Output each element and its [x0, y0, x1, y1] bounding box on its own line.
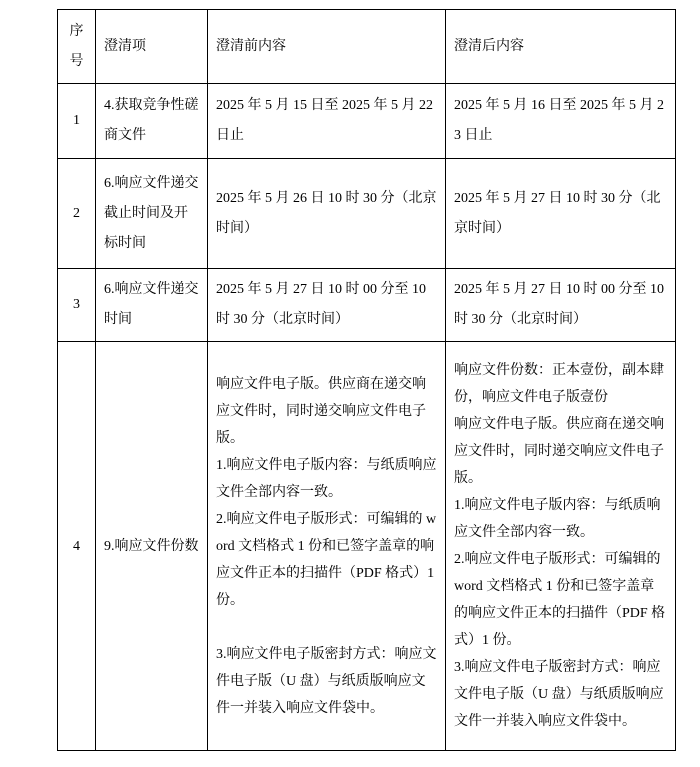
- cell-seq-no: 1: [58, 84, 96, 159]
- cell-before: 2025 年 5 月 26 日 10 时 30 分（北京时间）: [208, 159, 446, 269]
- cell-item: 9.响应文件份数: [96, 342, 208, 751]
- cell-item: 6.响应文件递交时间: [96, 269, 208, 342]
- clarification-table: 序号 澄清项 澄清前内容 澄清后内容 1 4.获取竞争性磋商文件 2025 年 …: [57, 9, 676, 751]
- cell-before: 2025 年 5 月 15 日至 2025 年 5 月 22 日止: [208, 84, 446, 159]
- cell-after: 响应文件份数：正本壹份，副本肆份，响应文件电子版壹份 响应文件电子版。供应商在递…: [446, 342, 676, 751]
- cell-before: 响应文件电子版。供应商在递交响应文件时，同时递交响应文件电子版。 1.响应文件电…: [208, 342, 446, 751]
- cell-item: 6.响应文件递交截止时间及开标时间: [96, 159, 208, 269]
- cell-item: 4.获取竞争性磋商文件: [96, 84, 208, 159]
- cell-after: 2025 年 5 月 27 日 10 时 00 分至 10 时 30 分（北京时…: [446, 269, 676, 342]
- col-header-before: 澄清前内容: [208, 10, 446, 84]
- cell-seq-no: 4: [58, 342, 96, 751]
- col-header-seq-no: 序号: [58, 10, 96, 84]
- table-row: 1 4.获取竞争性磋商文件 2025 年 5 月 15 日至 2025 年 5 …: [58, 84, 676, 159]
- table-header-row: 序号 澄清项 澄清前内容 澄清后内容: [58, 10, 676, 84]
- table-row: 2 6.响应文件递交截止时间及开标时间 2025 年 5 月 26 日 10 时…: [58, 159, 676, 269]
- col-header-after: 澄清后内容: [446, 10, 676, 84]
- table-row: 4 9.响应文件份数 响应文件电子版。供应商在递交响应文件时，同时递交响应文件电…: [58, 342, 676, 751]
- cell-after: 2025 年 5 月 27 日 10 时 30 分（北京时间）: [446, 159, 676, 269]
- col-header-item: 澄清项: [96, 10, 208, 84]
- document-page: 序号 澄清项 澄清前内容 澄清后内容 1 4.获取竞争性磋商文件 2025 年 …: [0, 0, 700, 767]
- cell-after: 2025 年 5 月 16 日至 2025 年 5 月 23 日止: [446, 84, 676, 159]
- table-row: 3 6.响应文件递交时间 2025 年 5 月 27 日 10 时 00 分至 …: [58, 269, 676, 342]
- cell-seq-no: 2: [58, 159, 96, 269]
- cell-before: 2025 年 5 月 27 日 10 时 00 分至 10 时 30 分（北京时…: [208, 269, 446, 342]
- cell-seq-no: 3: [58, 269, 96, 342]
